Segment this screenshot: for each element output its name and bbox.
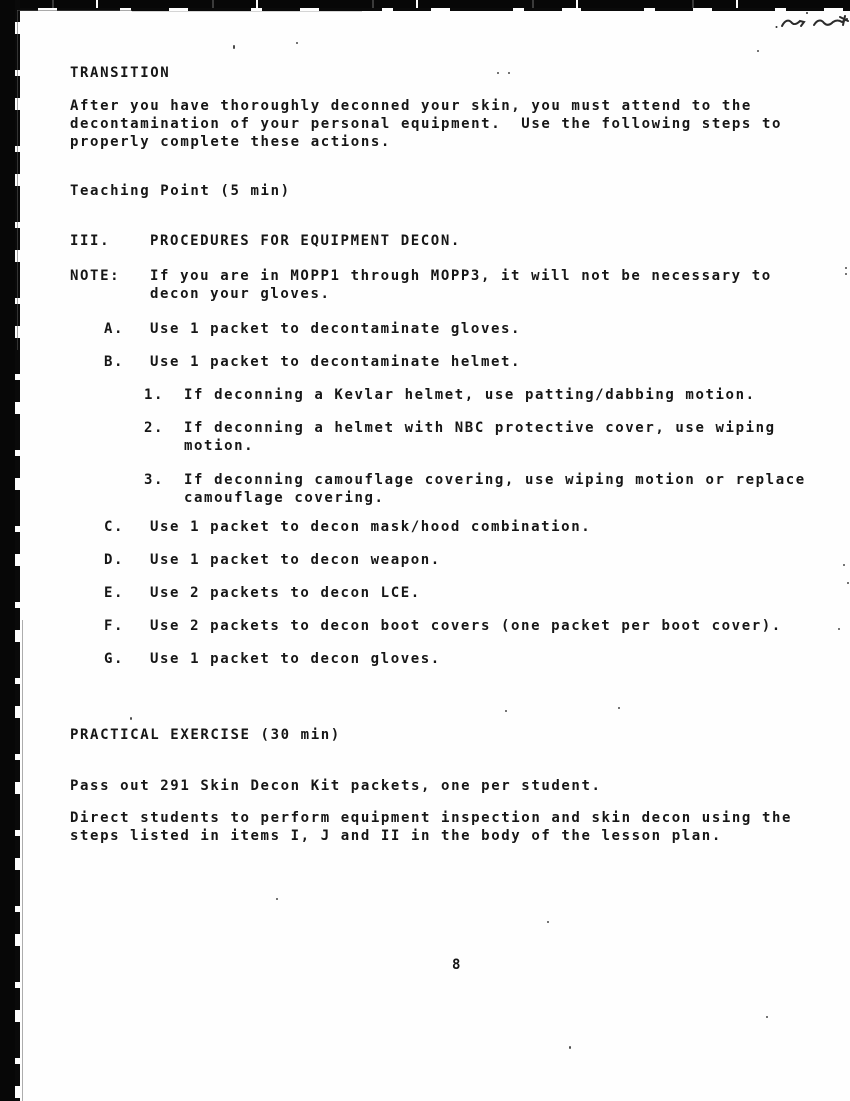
- list-item-g: G. Use 1 packet to decon gloves.: [104, 650, 441, 668]
- sub-item-2: 2. If deconning a helmet with NBC protec…: [144, 419, 776, 455]
- list-item-g-text: Use 1 packet to decon gloves.: [150, 650, 441, 668]
- scan-speck: [847, 582, 849, 584]
- list-item-c-text: Use 1 packet to decon mask/hood combinat…: [150, 518, 591, 536]
- list-item-c: C. Use 1 packet to decon mask/hood combi…: [104, 518, 591, 536]
- list-item-b-text: Use 1 packet to decontaminate helmet.: [150, 353, 521, 371]
- scan-speck: [766, 1016, 768, 1018]
- list-item-a-label: A.: [104, 320, 150, 338]
- section-heading-transition: TRANSITION: [70, 64, 170, 82]
- scan-speck: [843, 564, 845, 566]
- scanned-document-page: TRANSITION After you have thoroughly dec…: [0, 0, 850, 1101]
- practical-exercise-heading: PRACTICAL EXERCISE (30 min): [70, 726, 341, 744]
- list-item-d: D. Use 1 packet to decon weapon.: [104, 551, 441, 569]
- practical-paragraph-2: Direct students to perform equipment ins…: [70, 809, 792, 845]
- page-edge-line-horizontal-faint: [132, 11, 362, 12]
- list-item-c-label: C.: [104, 518, 150, 536]
- scan-speck: [505, 710, 507, 712]
- sub-item-2-text: If deconning a helmet with NBC protectiv…: [184, 419, 776, 455]
- note-block: NOTE: If you are in MOPP1 through MOPP3,…: [70, 267, 772, 303]
- list-item-f: F. Use 2 packets to decon boot covers (o…: [104, 617, 782, 635]
- scan-speck: [838, 628, 840, 630]
- list-item-e: E. Use 2 packets to decon LCE.: [104, 584, 421, 602]
- scan-speck: [547, 921, 549, 923]
- transition-paragraph: After you have thoroughly deconned your …: [70, 97, 782, 151]
- sub-item-1-label: 1.: [144, 386, 184, 404]
- scan-speck: [497, 72, 499, 74]
- page-edge-line-vertical-lower: [22, 620, 23, 1101]
- teaching-point-heading: Teaching Point (5 min): [70, 182, 291, 200]
- sub-item-1-text: If deconning a Kevlar helmet, use pattin…: [184, 386, 756, 404]
- scan-speck: [276, 898, 278, 900]
- list-item-e-text: Use 2 packets to decon LCE.: [150, 584, 421, 602]
- section-iii-title: PROCEDURES FOR EQUIPMENT DECON.: [150, 232, 461, 250]
- page-number: 8: [452, 956, 462, 974]
- list-item-d-text: Use 1 packet to decon weapon.: [150, 551, 441, 569]
- scan-speck: [296, 42, 298, 44]
- scan-artifact-top-band: [0, 0, 850, 8]
- list-item-a-text: Use 1 packet to decontaminate gloves.: [150, 320, 521, 338]
- list-item-f-label: F.: [104, 617, 150, 635]
- list-item-e-label: E.: [104, 584, 150, 602]
- scan-speck: [845, 273, 847, 275]
- list-item-f-text: Use 2 packets to decon boot covers (one …: [150, 617, 782, 635]
- sub-item-3-label: 3.: [144, 471, 184, 489]
- scan-speck: [130, 717, 132, 720]
- handwritten-mark: [774, 10, 850, 34]
- sub-item-1: 1. If deconning a Kevlar helmet, use pat…: [144, 386, 756, 404]
- scan-speck: [233, 45, 235, 49]
- practical-paragraph-1: Pass out 291 Skin Decon Kit packets, one…: [70, 777, 602, 795]
- note-label: NOTE:: [70, 267, 150, 285]
- list-item-a: A. Use 1 packet to decontaminate gloves.: [104, 320, 521, 338]
- scan-artifact-left-band: [0, 0, 15, 1101]
- scan-speck: [508, 72, 510, 74]
- scan-speck: [618, 707, 620, 709]
- sub-item-3-text: If deconning camouflage covering, use wi…: [184, 471, 806, 507]
- scan-speck: [845, 267, 847, 269]
- page-edge-line-horizontal: [17, 10, 132, 11]
- list-item-g-label: G.: [104, 650, 150, 668]
- sub-item-2-label: 2.: [144, 419, 184, 437]
- note-text: If you are in MOPP1 through MOPP3, it wi…: [150, 267, 772, 303]
- list-item-d-label: D.: [104, 551, 150, 569]
- scan-speck: [569, 1046, 571, 1049]
- section-iii-numeral: III.: [70, 232, 150, 250]
- scan-speck: [757, 50, 759, 52]
- list-item-b-label: B.: [104, 353, 150, 371]
- list-item-b: B. Use 1 packet to decontaminate helmet.: [104, 353, 521, 371]
- sub-item-3: 3. If deconning camouflage covering, use…: [144, 471, 806, 507]
- page-edge-line-vertical: [17, 10, 18, 350]
- section-iii-heading: III. PROCEDURES FOR EQUIPMENT DECON.: [70, 232, 461, 250]
